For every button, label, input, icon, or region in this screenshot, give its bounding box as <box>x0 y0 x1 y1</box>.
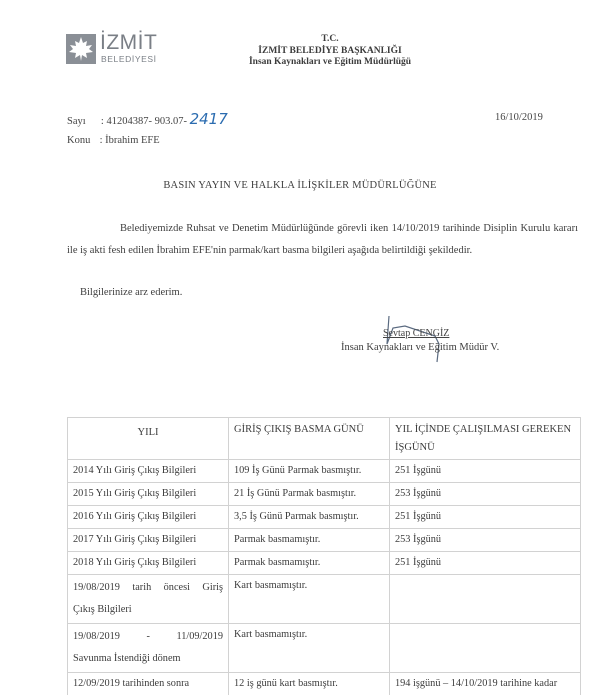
cell-year: 2016 Yılı Giriş Çıkış Bilgileri <box>68 506 229 529</box>
cell-year: 19/08/2019 - 11/09/2019 Savunma İstendiğ… <box>68 624 229 673</box>
table-row: 19/08/2019 - 11/09/2019 Savunma İstendiğ… <box>68 624 581 673</box>
cell-entry: Kart basmamıştır. <box>229 624 390 673</box>
signatory-title: İnsan Kaynakları ve Eğitim Müdür V. <box>341 342 499 353</box>
cell-year-line-1: 19/08/2019 tarih öncesi Giriş <box>73 577 223 599</box>
cell-required: 253 İşgünü <box>390 483 581 506</box>
konu-label: Konu <box>67 135 90 146</box>
reference-number: Sayı : 41204387- 903.07- 2417 <box>67 110 228 128</box>
cell-entry: Parmak basmamıştır. <box>229 529 390 552</box>
cell-required: 251 İşgünü <box>390 460 581 483</box>
sayi-handwritten: 2417 <box>190 110 228 128</box>
table-row: 19/08/2019 tarih öncesi Giriş Çıkış Bilg… <box>68 575 581 624</box>
header-year: YILI <box>68 418 229 460</box>
cell-required <box>390 624 581 673</box>
cell-year: 2018 Yılı Giriş Çıkış Bilgileri <box>68 552 229 575</box>
cell-required: 251 İşgünü <box>390 552 581 575</box>
table-row: 2018 Yılı Giriş Çıkış Bilgileri Parmak b… <box>68 552 581 575</box>
cell-entry: 3,5 İş Günü Parmak basmıştır. <box>229 506 390 529</box>
sayi-label: Sayı <box>67 116 86 127</box>
table-header-row: YILI GİRİŞ ÇIKIŞ BASMA GÜNÜ YIL İÇİNDE Ç… <box>68 418 581 460</box>
cell-year-line-2: Savunma İstendiği dönem <box>73 648 223 670</box>
document-date: 16/10/2019 <box>495 112 543 123</box>
body-paragraph: Belediyemizde Ruhsat ve Denetim Müdürlüğ… <box>67 218 578 262</box>
izmit-logo: İZMİT BELEDİYESİ <box>66 32 176 68</box>
header-required-days: YIL İÇİNDE ÇALIŞILMASI GEREKEN İŞGÜNÜ <box>390 418 581 460</box>
letterhead-line-2: İZMİT BELEDİYE BAŞKANLIĞI <box>220 46 440 58</box>
table-row: 12/09/2019 tarihinden sonra 12 iş günü k… <box>68 673 581 695</box>
sayi-value: : 41204387- 903.07- <box>101 116 187 127</box>
logo-title: İZMİT <box>100 32 157 54</box>
letterhead-line-1: T.C. <box>220 34 440 46</box>
cell-required: 194 işgünü – 14/10/2019 tarihine kadar <box>390 673 581 695</box>
cell-entry: Kart basmamıştır. <box>229 575 390 624</box>
signatory-name: Sevtap CENGİZ <box>383 328 449 339</box>
closing-line: Bilgilerinize arz ederim. <box>80 287 182 298</box>
cell-year: 2014 Yılı Giriş Çıkış Bilgileri <box>68 460 229 483</box>
cell-entry: 12 iş günü kart basmıştır. <box>229 673 390 695</box>
cell-year: 19/08/2019 tarih öncesi Giriş Çıkış Bilg… <box>68 575 229 624</box>
table-row: 2017 Yılı Giriş Çıkış Bilgileri Parmak b… <box>68 529 581 552</box>
addressee: BASIN YAYIN VE HALKLA İLİŞKİLER MÜDÜRLÜĞ… <box>0 180 600 191</box>
maple-leaf-icon <box>66 34 96 64</box>
cell-entry: 21 İş Günü Parmak basmıştır. <box>229 483 390 506</box>
signature-stroke <box>365 314 475 364</box>
cell-year: 2017 Yılı Giriş Çıkış Bilgileri <box>68 529 229 552</box>
cell-required: 253 İşgünü <box>390 529 581 552</box>
letterhead: T.C. İZMİT BELEDİYE BAŞKANLIĞI İnsan Kay… <box>220 34 440 69</box>
cell-year: 12/09/2019 tarihinden sonra <box>68 673 229 695</box>
cell-entry: 109 İş Günü Parmak basmıştır. <box>229 460 390 483</box>
cell-year: 2015 Yılı Giriş Çıkış Bilgileri <box>68 483 229 506</box>
cell-year-line-1: 19/08/2019 - 11/09/2019 <box>73 626 223 648</box>
konu-value: : İbrahim EFE <box>100 135 160 146</box>
header-entry-exit: GİRİŞ ÇIKIŞ BASMA GÜNÜ <box>229 418 390 460</box>
letterhead-line-3: İnsan Kaynakları ve Eğitim Müdürlüğü <box>220 57 440 69</box>
attendance-table: YILI GİRİŞ ÇIKIŞ BASMA GÜNÜ YIL İÇİNDE Ç… <box>67 417 581 695</box>
logo-subtitle: BELEDİYESİ <box>101 54 157 64</box>
cell-required <box>390 575 581 624</box>
table-row: 2014 Yılı Giriş Çıkış Bilgileri 109 İş G… <box>68 460 581 483</box>
cell-entry: Parmak basmamıştır. <box>229 552 390 575</box>
subject: Konu : İbrahim EFE <box>67 135 160 146</box>
cell-year-line-2: Çıkış Bilgileri <box>73 599 223 621</box>
table-row: 2015 Yılı Giriş Çıkış Bilgileri 21 İş Gü… <box>68 483 581 506</box>
body-text: Belediyemizde Ruhsat ve Denetim Müdürlüğ… <box>67 223 578 256</box>
table-row: 2016 Yılı Giriş Çıkış Bilgileri 3,5 İş G… <box>68 506 581 529</box>
cell-required: 251 İşgünü <box>390 506 581 529</box>
